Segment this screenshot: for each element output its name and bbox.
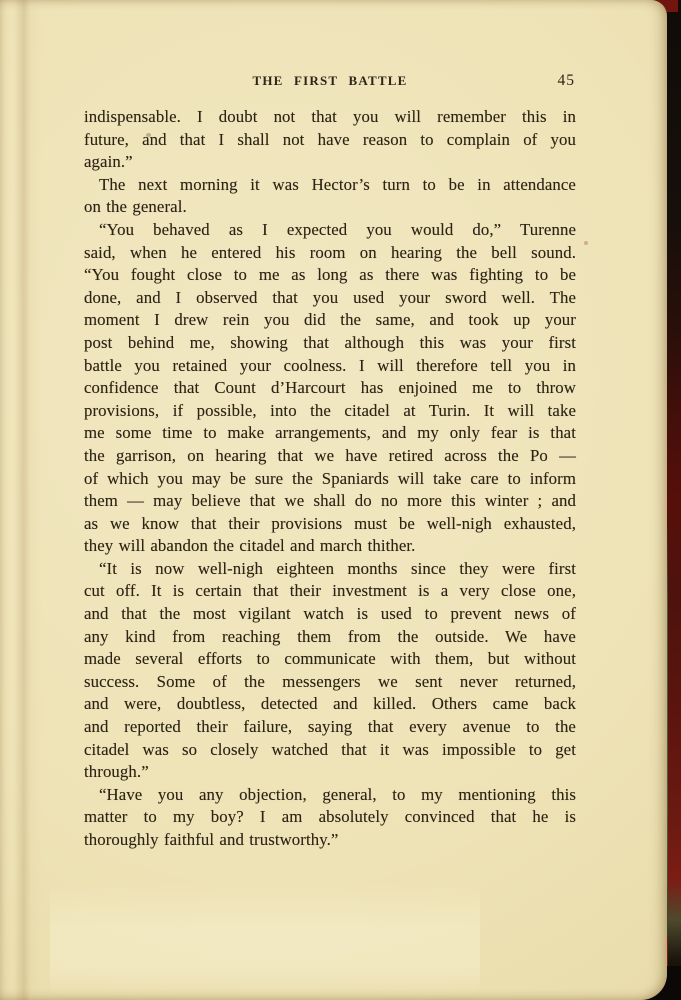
text-line: they will abandon the citadel and march … (84, 535, 576, 558)
text-line: “You behaved as I expected you would do,… (84, 219, 576, 242)
paragraph: “It is now well-nigh eighteen months sin… (84, 558, 576, 784)
text-line: done, and I observed that you used your … (84, 287, 576, 310)
text-line: citadel was so closely watched that it w… (84, 739, 576, 762)
paragraph: The next morning it was Hector’s turn to… (84, 174, 576, 219)
text-line: cut off. It is certain that their invest… (84, 580, 576, 603)
text-line: indispensable. I doubt not that you will… (84, 106, 576, 129)
text-line: matter to my boy? I am absolutely convin… (84, 806, 576, 829)
text-line: as we know that their provisions must be… (84, 513, 576, 536)
text-line: said, when he entered his room on hearin… (84, 242, 576, 265)
text-line: made several efforts to communicate with… (84, 648, 576, 671)
text-line: me some time to make arrangements, and m… (84, 422, 576, 445)
text-line: through.” (84, 761, 576, 784)
scanned-book-page: THE FIRST BATTLE 45 indispensable. I dou… (0, 0, 681, 1000)
page-number: 45 (558, 71, 576, 90)
text-line: “It is now well-nigh eighteen months sin… (84, 558, 576, 581)
text-line: them — may believe that we shall do no m… (84, 490, 576, 513)
text-line: “You fought close to me as long as there… (84, 264, 576, 287)
text-line: of which you may be sure the Spaniards w… (84, 468, 576, 491)
text-line: The next morning it was Hector’s turn to… (84, 174, 576, 197)
text-line: any kind from reaching them from the out… (84, 626, 576, 649)
paragraph: indispensable. I doubt not that you will… (84, 106, 576, 174)
text-line: on the general. (84, 196, 576, 219)
text-line: “Have you any objection, general, to my … (84, 784, 576, 807)
page-header: THE FIRST BATTLE 45 (84, 71, 576, 91)
text-line: thoroughly faithful and trustworthy.” (84, 829, 576, 852)
text-line: the garrison, on hearing that we have re… (84, 445, 576, 468)
text-body: indispensable. I doubt not that you will… (84, 106, 576, 852)
text-line: again.” (84, 151, 576, 174)
text-line: confidence that Count d’Harcourt has enj… (84, 377, 576, 400)
text-line: battle you retained your coolness. I wil… (84, 355, 576, 378)
text-line: provisions, if possible, into the citade… (84, 400, 576, 423)
text-line: post behind me, showing that although th… (84, 332, 576, 355)
running-header: THE FIRST BATTLE (84, 71, 576, 90)
paragraph: “You behaved as I expected you would do,… (84, 219, 576, 558)
paragraph: “Have you any objection, general, to my … (84, 784, 576, 852)
scan-light-band (50, 884, 480, 994)
text-line: future, and that I shall not have reason… (84, 129, 576, 152)
paper-blemish (584, 241, 588, 245)
text-line: and reported their failure, saying that … (84, 716, 576, 739)
text-line: and that the most vigilant watch is used… (84, 603, 576, 626)
text-line: success. Some of the messengers we sent … (84, 671, 576, 694)
page: THE FIRST BATTLE 45 indispensable. I dou… (0, 0, 667, 1000)
text-line: and were, doubtless, detected and killed… (84, 693, 576, 716)
text-line: moment I drew rein you did the same, and… (84, 309, 576, 332)
page-crease (14, 0, 42, 1000)
